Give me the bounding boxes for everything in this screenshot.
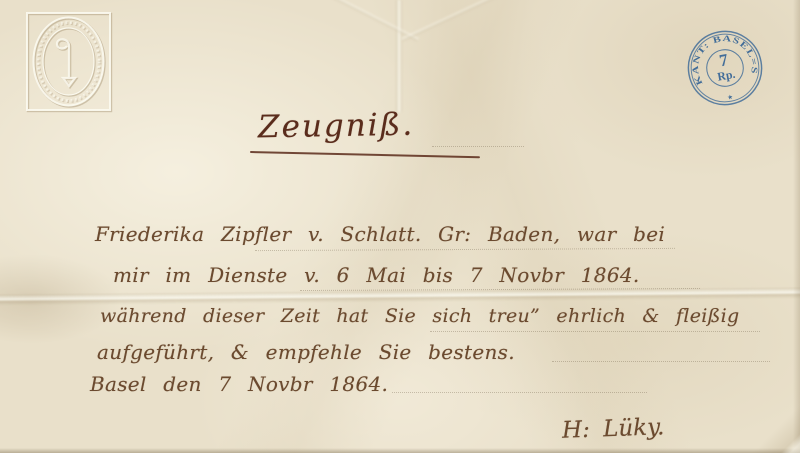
body-line: mir im Dienste v. 6 Mai bis 7 Novbr 1864…: [113, 263, 640, 287]
diagonal-crease-right: [401, 0, 557, 42]
body-line: Friederika Zipfler v. Schlatt. Gr: Baden…: [95, 222, 665, 246]
star-icon: ★: [727, 93, 734, 102]
guide-line: [392, 392, 647, 393]
title-underline: [250, 151, 480, 158]
page-title: Zeugniß.: [258, 107, 415, 146]
guide-line: [430, 331, 760, 332]
body-line: während dieser Zeit hat Sie sich treu” e…: [100, 305, 739, 327]
basel-crozier-icon: [57, 39, 76, 87]
vertical-crease: [396, 0, 402, 112]
body-line: aufgeführt, & empfehle Sie bestens.: [97, 340, 515, 364]
stamp-currency: Rp.: [716, 68, 736, 84]
guide-line: [300, 288, 700, 291]
embossed-seal: [24, 10, 116, 116]
paper-bottom-edge: [0, 448, 800, 453]
document-photo: KANT: BASEL=STADT 7 Rp. ★ Zeugniß. Fried…: [0, 0, 800, 453]
revenue-stamp: KANT: BASEL=STADT 7 Rp. ★: [680, 23, 770, 113]
guide-line: [255, 248, 675, 251]
guide-line: [432, 146, 524, 147]
guide-line: [552, 361, 770, 362]
signature: H: Lüky.: [562, 414, 665, 444]
body-line: Basel den 7 Novbr 1864.: [90, 372, 388, 396]
stamp-denomination: 7: [718, 50, 730, 70]
paper-corner-shadow: [710, 383, 800, 453]
diagonal-crease-left: [283, 0, 418, 42]
